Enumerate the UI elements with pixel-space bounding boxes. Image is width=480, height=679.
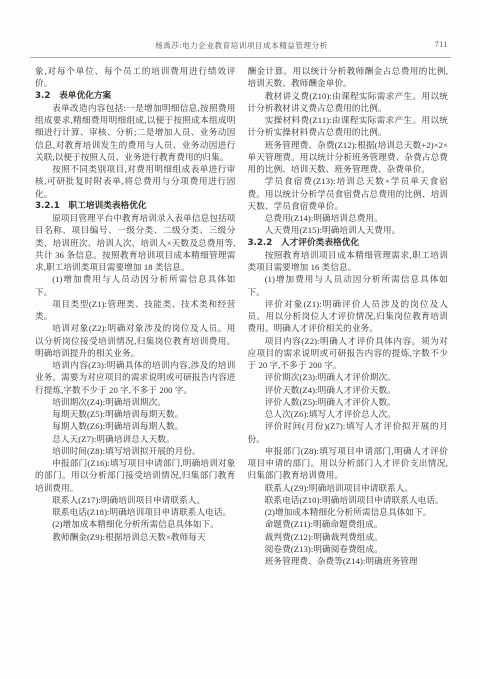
paragraph: 申报部门(Z8):填写项目申请部门,明确人才评价项目申请的部门。用以分析部门人才… bbox=[248, 445, 449, 482]
paragraph: 培训时间(Z8):填写培训拟开展的月份。 bbox=[35, 445, 236, 457]
paragraph: 评价天数(Z4):明确人才评价天数。 bbox=[248, 384, 449, 396]
paragraph: 按照不同类别项目,对费用明细组成表单进行审核,可研批复时附表单,将总费用与分项费… bbox=[35, 163, 236, 200]
paragraph: 培训期次(Z4):明确培训期次。 bbox=[35, 396, 236, 408]
paragraph: (2)增加成本精细化分析所需信息具体如下。 bbox=[35, 518, 236, 530]
paragraph: 人天费用(Z15):明确培训人天费用。 bbox=[248, 224, 449, 236]
paragraph: 命题费(Z11):明确命题费组成。 bbox=[248, 518, 449, 530]
section-heading-3-2: 3.2 表单优化方案 bbox=[35, 90, 236, 102]
left-column: 象,对每个单位、每个员工的培训费用进行绩效评价。 3.2 表单优化方案 表单改造… bbox=[35, 65, 236, 567]
page-number: 711 bbox=[435, 40, 448, 49]
article-body: 象,对每个单位、每个员工的培训费用进行绩效评价。 3.2 表单优化方案 表单改造… bbox=[35, 65, 448, 567]
paragraph: 申报部门(Z16):填写项目申请部门,明确培训对象的部门。用以分析部门接受培训情… bbox=[35, 457, 236, 494]
paragraph: 项目内容(Z2):明确人才评价具体内容。须为对应项目的需求说明或可研报告内容的提… bbox=[248, 335, 449, 372]
paragraph: 裁判费(Z12):明确裁判费组成。 bbox=[248, 531, 449, 543]
paragraph: 象,对每个单位、每个员工的培训费用进行绩效评价。 bbox=[35, 65, 236, 90]
header-rule-divider bbox=[30, 57, 451, 58]
paragraph: 学员食宿费(Z13):培训总天数×学员单天食宿费。用以统计分析学员食宿费占总费用… bbox=[248, 175, 449, 212]
paragraph: (2)增加成本精细化分析所需信息具体如下。 bbox=[248, 506, 449, 518]
paragraph: 表单改造内容包括:一是增加明细信息,按照费用组成要求,精细费用明细组成,以便于按… bbox=[35, 102, 236, 163]
running-header: 杨禹莎:电力企业教育培训项目成本精益管理分析 711 bbox=[35, 40, 448, 52]
paragraph: 评价对象(Z1):明确评价人员涉及的岗位及人员。用以分析岗位人才评价情况,归集岗… bbox=[248, 298, 449, 335]
paragraph: 阅卷费(Z13):明确阅卷费组成。 bbox=[248, 543, 449, 555]
paragraph: 联系人(Z9):明确培训项目申请联系人。 bbox=[248, 482, 449, 494]
paragraph: 教材讲义费(Z10):由课程实际需求产生。用以统计分析教材讲义费占总费用的比例。 bbox=[248, 90, 449, 115]
paragraph: 总费用(Z14):明确培训总费用。 bbox=[248, 212, 449, 224]
paragraph: 原项目管理平台中教育培训录入表单信息包括项目名称、项目编号、一级分类、二级分类、… bbox=[35, 212, 236, 273]
section-heading-3-2-1: 3.2.1 职工培训类表格优化 bbox=[35, 200, 236, 212]
paragraph: 每期天数(Z5):明确培训每期天数。 bbox=[35, 408, 236, 420]
paragraph: 班务管理费、杂费(Z12):根据(培训总天数+2)×2×单天管理费。用以统计分析… bbox=[248, 139, 449, 176]
paragraph: 总人天(Z7):明确培训总人天数。 bbox=[35, 433, 236, 445]
paragraph: 按照教育培训项目成本精细管理需求,职工培训类项目需要增加 16 类信息。 bbox=[248, 249, 449, 274]
section-heading-3-2-2: 3.2.2 人才评价类表格优化 bbox=[248, 237, 449, 249]
paragraph: 班务管理费、杂费等(Z14):明确班务管理 bbox=[248, 555, 449, 567]
right-column: 酬金计算。用以统计分析教师酬金占总费用的比例,培训天数、教师酬金单价。 教材讲义… bbox=[248, 65, 449, 567]
paragraph: 教师酬金(Z9):根据培训总天数×教师每天 bbox=[35, 531, 236, 543]
paragraph: 联系电话(Z18):明确培训项目申请联系人电话。 bbox=[35, 506, 236, 518]
running-title: 杨禹莎:电力企业教育培训项目成本精益管理分析 bbox=[155, 41, 328, 50]
paragraph: 评价期次(Z3):明确人才评价期次。 bbox=[248, 371, 449, 383]
paragraph: 项目类型(Z1):管理类、技能类、技术类和经营类。 bbox=[35, 298, 236, 323]
paragraph: 培训内容(Z3):明确具体的培训内容,涉及的培训业务。需要为对应项目的需求说明或… bbox=[35, 359, 236, 396]
paragraph: (1)增加费用与人员动因分析所需信息具体如下。 bbox=[248, 273, 449, 298]
paragraph: 评价时间(月份)(Z7):填写人才评价拟开展的月份。 bbox=[248, 420, 449, 445]
paragraph: 酬金计算。用以统计分析教师酬金占总费用的比例,培训天数、教师酬金单价。 bbox=[248, 65, 449, 90]
paragraph: 实操材料费(Z11):由课程实际需求产生。用以统计分析实操材料费占总费用的比例。 bbox=[248, 114, 449, 139]
paragraph: 培训对象(Z2):明确对象涉及的岗位及人员。用以分析岗位接受培训情况,归集岗位教… bbox=[35, 322, 236, 359]
paragraph: 评价人数(Z5):明确人才评价人数。 bbox=[248, 396, 449, 408]
paragraph: (1)增加费用与人员动因分析所需信息具体如下。 bbox=[35, 273, 236, 298]
paragraph: 联系人(Z17):明确培训项目申请联系人。 bbox=[35, 494, 236, 506]
paragraph: 总人次(Z6):填写人才评价总人次。 bbox=[248, 408, 449, 420]
paragraph: 每期人数(Z6):明确培训每期人数。 bbox=[35, 420, 236, 432]
journal-paper-page: 杨禹莎:电力企业教育培训项目成本精益管理分析 711 象,对每个单位、每个员工的… bbox=[0, 0, 480, 679]
paragraph: 联系电话(Z10):明确培训项目申请联系人电话。 bbox=[248, 494, 449, 506]
